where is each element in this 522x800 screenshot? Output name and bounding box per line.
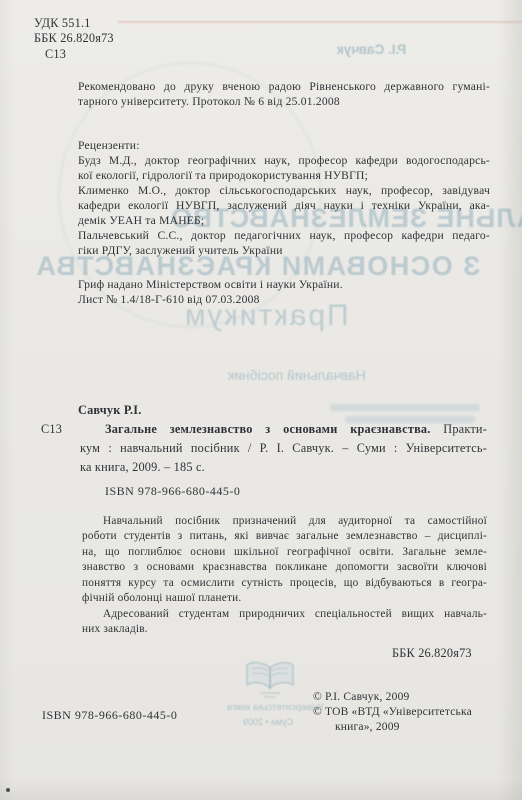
- reviewer-line: кої екології, гідрології та природокорис…: [78, 169, 368, 183]
- bbk-code: ББК 26.820я73: [34, 31, 114, 45]
- reviewer-line: Клименко М.О., доктор сільськогосподарсь…: [78, 184, 490, 198]
- annotation-line: роботи студентів з питань, які вивчає за…: [82, 529, 487, 543]
- scan-artifact-line: [118, 21, 522, 23]
- recommendation-line: Рекомендовано до друку вченою радою Рівн…: [78, 80, 490, 94]
- showthrough-imprint: Суми • 2009: [243, 717, 293, 727]
- showthrough-author: Р.І. Савчук: [337, 42, 406, 57]
- bbk-code-footer: ББК 26.820я73: [392, 646, 472, 660]
- catalog-title-line: Загальне землезнавство з основами краєзн…: [105, 422, 487, 436]
- catalog-line: ка книга, 2009. – 185 с.: [80, 460, 205, 474]
- annotation-line: поняття курсу та осмислити сутність проц…: [82, 576, 487, 590]
- reviewer-line: кафедри екології НУВГП, заслужений діяч …: [78, 199, 490, 213]
- showthrough-subtitle-small: Навчальний посібник: [228, 367, 366, 383]
- publisher-logo-icon: [243, 658, 297, 705]
- copyright-line: © Р.І. Савчук, 2009: [313, 690, 409, 704]
- isbn-catalog: ISBN 978-966-680-445-0: [105, 484, 240, 498]
- grant-line: Лист № 1.4/18-Г-610 від 07.03.2008: [78, 293, 260, 307]
- grant-line: Гриф надано Міністерством освіти і науки…: [78, 278, 343, 292]
- annotation-line: на, що поглиблює основи шкільної географ…: [82, 545, 487, 559]
- catalog-author: Савчук Р.І.: [78, 403, 142, 417]
- showthrough-text-bar: [330, 404, 480, 411]
- reviewer-line: демік УЕАН та МАНЕБ;: [78, 214, 204, 228]
- cutter-code: С13: [45, 47, 66, 61]
- copyright-line: книга», 2009: [335, 720, 400, 734]
- reviewer-line: Пальчевський С.С., доктор педагогічних н…: [78, 229, 490, 243]
- recommendation-line: тарного університету. Протокол № 6 від 2…: [78, 95, 340, 109]
- udc-code: УДК 551.1: [34, 16, 91, 30]
- annotation-line: Адресований студентам природничих спеціа…: [82, 607, 487, 621]
- catalog-line: кум : навчальний посібник / Р. І. Савчук…: [80, 441, 487, 455]
- annotation-line: Навчальний посібник призначений для ауди…: [82, 514, 487, 528]
- reviewers-heading: Рецензенти:: [78, 139, 140, 153]
- annotation-line: фічній оболонці нашої планети.: [82, 591, 487, 605]
- reviewer-line: Будз М.Д., доктор географічних наук, про…: [78, 154, 490, 168]
- isbn-footer: ISBN 978-966-680-445-0: [42, 708, 177, 722]
- annotation-line: знавство з основами краєзнавства поклика…: [82, 560, 487, 574]
- catalog-title-bold: Загальне землезнавство з основами краєзн…: [105, 422, 431, 436]
- catalog-title-rest: Практи-: [443, 422, 487, 436]
- copyright-line: © ТОВ «ВТД «Університетська: [313, 705, 472, 719]
- book-imprint-page: Р.І. Савчук ЗАГАЛЬНЕ ЗЕМЛЕЗНАВСТВО З ОСН…: [0, 0, 522, 800]
- annotation-line: них закладів.: [82, 622, 487, 636]
- reviewer-line: гіки РДГУ, заслужений учитель України: [78, 244, 283, 258]
- scan-speck: [6, 788, 10, 792]
- catalog-cutter-code: С13: [41, 422, 62, 436]
- showthrough-publisher: Університетська книга: [227, 702, 324, 713]
